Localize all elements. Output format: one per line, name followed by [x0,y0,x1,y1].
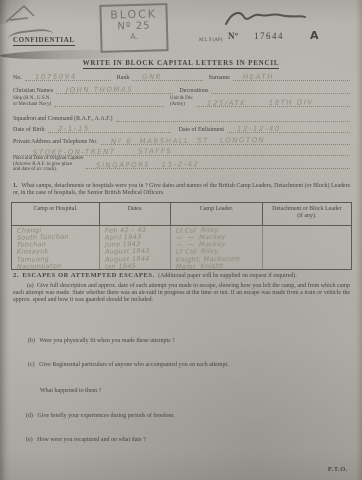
detachment-value [268,247,351,248]
camps-table: Camp or Hospital. Dates. Camp Leader. De… [11,202,352,270]
date-of-birth-field: 2-1-15 [48,124,171,133]
surname-value: HEATH [243,73,274,81]
capture-label-line3: and date of a/c crash). [13,167,57,172]
question-e: (e) How were you recaptured and on what … [26,437,146,444]
question-c2: What happened to them ? [40,388,101,395]
table-row-5-camp: Nacompaton [12,262,100,269]
question-c-label: (c) [28,362,35,368]
paper-edge-shadow-left [0,0,10,480]
unit-label: Unit & Div. (Army) [170,96,194,107]
squadron-field [116,113,350,122]
rank-label: Rank [117,75,130,81]
address-value-line1: Nº 6 MARSHALL ST LONGTON [111,136,265,146]
row-address: Private Address and Telephone No. Nº 6 M… [13,136,350,145]
question-d-text: Give briefly your experiences during per… [38,413,175,419]
rank-value: GNR [142,73,162,81]
section1-question: 1.What camps, detachments or hospitals w… [13,183,350,197]
col-header-leader: Camp Leader. [171,203,263,225]
no-label: No. [13,75,22,81]
section1-number: 1. [13,183,18,189]
capture-field: SINGAPORE 15-2-42 [86,160,350,169]
table-row-0-detachment [263,226,351,233]
form-number: 17644 [254,31,284,41]
form-reference: M.I. 9 (AP) [199,38,222,43]
section2-number: 2. [13,272,19,279]
question-a-text: Give full description and approx. date o… [13,283,350,303]
question-b-text: Were you physically fit when you made th… [39,338,174,344]
question-e-label: (e) [26,437,33,443]
detachment-value [268,240,351,241]
enlistment-field: 12-12-40 [227,124,350,133]
capture-label: Place and Date of Original Capture (Airc… [13,156,83,173]
signature-squiggle [222,4,308,32]
row-address-continued: STOKE-ON-TRENT STAFFS [13,147,350,156]
camp-value: Nacompaton [17,261,99,270]
section2-note: (Additional paper will be supplied on re… [158,273,297,279]
christian-names-value: JOHN THOMAS [66,86,133,95]
instruction-text: WRITE IN BLOCK CAPITAL LETTERS IN PENCIL [83,59,280,69]
scanned-pow-questionnaire-page: BLOCK Nº 25 A. CONFIDENTIAL M.I. 9 (AP) … [0,0,362,480]
detachment-value [268,261,351,262]
paper-edge-shadow-right [356,0,362,480]
table-row-3-detachment [263,247,351,254]
section2-heading: 2. ESCAPES OR ATTEMPTED ESCAPES. (Additi… [13,272,297,279]
question-d-label: (d) [26,413,33,419]
ship-label-line1: Ship (R.N., U.S.N. [13,96,51,101]
christian-names-label: Christian Names [13,88,53,94]
capture-label-line2: (Aircrew R.A.F. to give place [13,162,72,167]
table-row-4-detachment [263,255,351,262]
block-letter: A [310,29,319,42]
date-of-birth-label: Date of Birth [13,127,45,133]
decorations-field [211,85,350,94]
table-row-5-leader: Major Knight [171,262,263,269]
capture-label-line1: Place and Date of Original Capture [13,156,83,161]
camps-table-body: Changi Feb 42 – 43 Lt Col Riley South To… [12,226,351,269]
date-of-birth-value: 2-1-15 [58,125,90,133]
enlistment-label: Date of Enlistment [179,127,224,133]
block-number-stamp: BLOCK Nº 25 A. [99,3,168,53]
address-label: Private Address and Telephone No. [13,139,98,145]
stamp-line3: A. [102,31,166,42]
question-b-label: (b) [28,338,35,344]
table-row-2-detachment [263,240,351,247]
pto-label: P.T.O. [328,466,348,473]
unit-value: 125/ATK 18TH DIV [207,98,314,107]
number-label: Nº [228,31,238,41]
question-b: (b) Were you physically fit when you mad… [28,338,175,345]
table-row-1-detachment [263,233,351,240]
col-header-dates: Dates. [100,203,171,225]
row-ship-unit: Ship (R.N., U.S.N. or Merchant Navy) Uni… [13,96,350,107]
unit-label-line1: Unit & Div. [170,96,194,101]
leader-value: Major Knight [176,261,262,270]
question-c2-text: What happened to them ? [40,388,101,394]
unit-field: 125/ATK 18TH DIV [197,98,350,107]
col-header-camp: Camp or Hospital. [12,203,100,225]
table-row-5-detachment [263,262,351,269]
squadron-label: Squadron and Command (R.A.F., A.A.F.) [13,116,113,122]
instruction-heading: WRITE IN BLOCK CAPITAL LETTERS IN PENCIL [0,59,362,67]
table-row-3-dates: August 1943 [100,247,171,254]
ship-field [54,98,164,107]
address-field-line1: Nº 6 MARSHALL ST LONGTON [101,136,350,145]
surname-label: Surname [209,75,230,81]
row-squadron: Squadron and Command (R.A.F., A.A.F.) [13,113,350,122]
decorations-label: Decorations [179,88,208,94]
rank-field: GNR [132,72,202,81]
capture-value: SINGAPORE 15-2-42 [96,160,200,169]
table-row-5-dates: Jan 1945 [100,262,171,269]
stamp-line1: BLOCK [101,7,165,22]
detachment-value [268,232,351,233]
christian-names-field: JOHN THOMAS [56,85,173,94]
question-a: (a) Give full description and approx. da… [13,283,350,304]
question-c: (c) Give Regimental particulars of anyon… [28,362,229,369]
question-d: (d) Give briefly your experiences during… [26,413,175,420]
dates-value: Jan 1945 [105,261,170,270]
row-christian-decorations: Christian Names JOHN THOMAS Decorations [13,85,350,94]
camps-table-header: Camp or Hospital. Dates. Camp Leader. De… [12,203,351,226]
question-c-text: Give Regimental particulars of anyone wh… [39,362,228,368]
no-value: 1075094 [35,73,77,81]
address-field-line2: STOKE-ON-TRENT STAFFS [13,147,350,156]
section2-title: ESCAPES OR ATTEMPTED ESCAPES. [22,272,155,279]
detachment-value [268,254,351,255]
col-header-detachment: Detachment or Block Leader (if any). [263,203,351,225]
detachment-value [268,225,351,226]
row-birth-enlistment: Date of Birth 2-1-15 Date of Enlistment … [13,124,350,133]
row-capture: Place and Date of Original Capture (Airc… [13,156,350,173]
unit-label-line2: (Army) [170,102,185,107]
row-no-rank-surname: No. 1075094 Rank GNR Surname HEATH [13,72,350,81]
question-e-text: How were you recaptured and on what date… [37,437,146,443]
ship-label: Ship (R.N., U.S.N. or Merchant Navy) [13,96,51,107]
section1-text: What camps, detachments or hospitals wer… [13,183,350,196]
no-field: 1075094 [25,72,111,81]
question-a-label: (a) [27,283,34,289]
pencil-scribble-corner [4,2,44,24]
enlistment-value: 12-12-40 [237,125,281,133]
surname-field: HEATH [233,72,350,81]
ship-label-line2: or Merchant Navy) [13,102,51,107]
